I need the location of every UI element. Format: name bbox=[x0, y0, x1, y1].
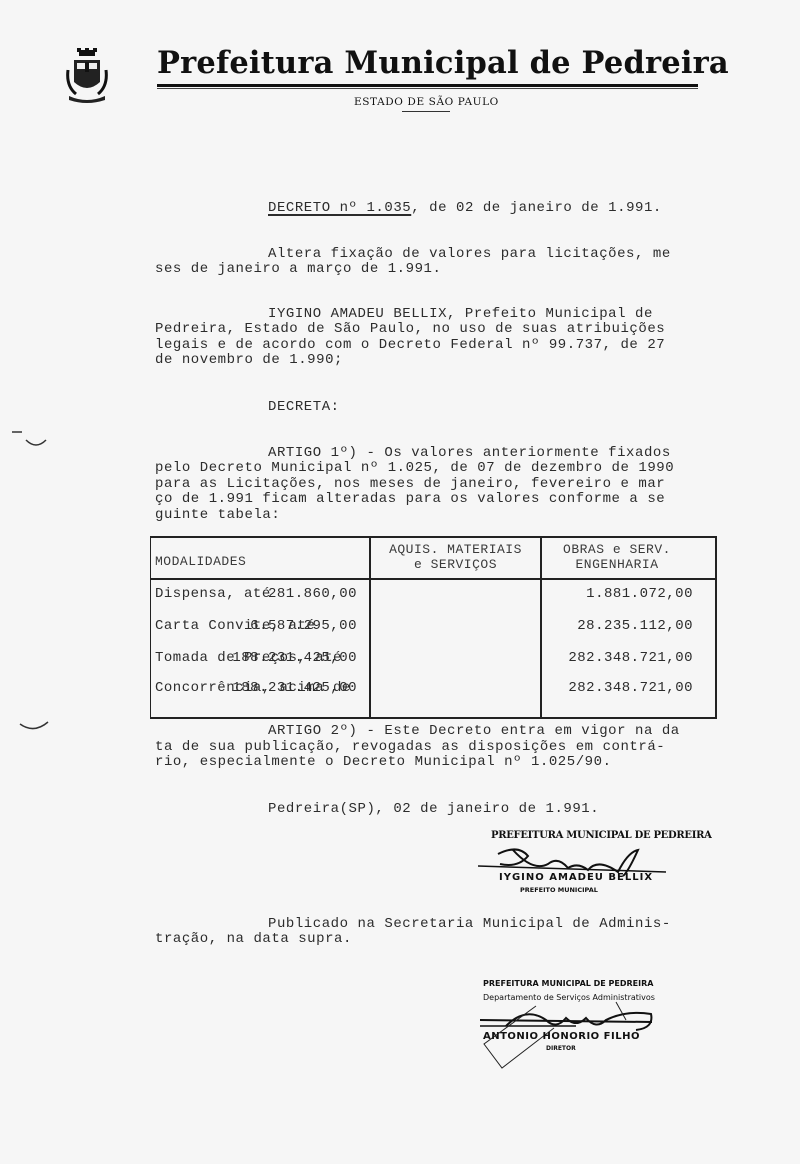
values-table: MODALIDADES AQUIS. MATERIAISe SERVIÇOS O… bbox=[150, 536, 717, 719]
row-3-materiais: 188.231.425,00 bbox=[232, 651, 357, 666]
row-1-materiais: 281.860,00 bbox=[268, 587, 357, 602]
place-date: Pedreira(SP), 02 de janeiro de 1.991. bbox=[268, 802, 599, 818]
header-obras-line-2: ENGENHARIA bbox=[542, 557, 692, 572]
row-4-obras: 282.348.721,00 bbox=[568, 681, 693, 696]
letterhead-rule-thin bbox=[157, 88, 698, 89]
director-role: DIRETOR bbox=[546, 1045, 576, 1052]
row-3-obras: 282.348.721,00 bbox=[568, 651, 693, 666]
artigo1-line-5: guinte tabela: bbox=[155, 508, 280, 524]
preamble-line-2: Pedreira, Estado de São Paulo, no uso de… bbox=[155, 322, 665, 338]
summary-line-2: ses de janeiro a março de 1.991. bbox=[155, 262, 441, 278]
row-1-obras: 1.881.072,00 bbox=[586, 587, 693, 602]
header-obras-line-1: OBRAS e SERV. bbox=[542, 542, 692, 557]
header-modalidades: MODALIDADES bbox=[155, 554, 246, 569]
preamble-line-4: de novembro de 1.990; bbox=[155, 353, 343, 369]
header-materiais-line-2: e SERVIÇOS bbox=[371, 557, 540, 572]
row-1-modalidade: Dispensa, até bbox=[155, 587, 271, 602]
subtitle-rule bbox=[402, 111, 450, 112]
artigo1-line-2: pelo Decreto Municipal nº 1.025, de 07 d… bbox=[155, 461, 674, 477]
row-4-materiais: 188.231.425,00 bbox=[232, 681, 357, 696]
row-2-obras: 28.235.112,00 bbox=[577, 619, 693, 634]
artigo1-line-4: ço de 1.991 ficam alteradas para os valo… bbox=[155, 492, 665, 508]
mayor-name: IYGINO AMADEU BELLIX bbox=[499, 872, 653, 883]
letterhead-rule bbox=[157, 84, 698, 87]
director-stamp-header: PREFEITURA MUNICIPAL DE PEDREIRA bbox=[483, 979, 653, 988]
letterhead-title: Prefeitura Municipal de Pedreira bbox=[157, 45, 702, 81]
header-obras: OBRAS e SERV.ENGENHARIA bbox=[542, 542, 692, 572]
decree-number: DECRETO nº 1.035 bbox=[268, 200, 411, 216]
mayor-stamp-header: PREFEITURA MUNICIPAL DE PEDREIRA bbox=[491, 830, 712, 841]
letterhead-subtitle: ESTADO DE SÃO PAULO bbox=[354, 96, 514, 108]
hole-punch-mark-icon bbox=[16, 718, 52, 736]
coat-of-arms-icon bbox=[66, 48, 108, 104]
decree-date: , de 02 de janeiro de 1.991. bbox=[411, 200, 662, 216]
header-materiais-line-1: AQUIS. MATERIAIS bbox=[371, 542, 540, 557]
director-name: ANTONIO HONORIO FILHO bbox=[483, 1031, 640, 1042]
header-divider bbox=[151, 578, 715, 580]
hole-punch-mark-icon bbox=[8, 428, 48, 452]
artigo2-line-1: ARTIGO 2º) - Este Decreto entra em vigor… bbox=[268, 724, 680, 740]
mayor-role: PREFEITO MUNICIPAL bbox=[520, 886, 598, 894]
publication-line-2: tração, na data supra. bbox=[155, 932, 352, 948]
decreta-heading: DECRETA: bbox=[268, 400, 340, 416]
header-materiais: AQUIS. MATERIAISe SERVIÇOS bbox=[371, 542, 540, 572]
decree-title: DECRETO nº 1.035, de 02 de janeiro de 1.… bbox=[268, 201, 662, 217]
artigo2-line-3: rio, especialmente o Decreto Municipal n… bbox=[155, 755, 612, 771]
row-2-materiais: 6.587.295,00 bbox=[250, 619, 357, 634]
